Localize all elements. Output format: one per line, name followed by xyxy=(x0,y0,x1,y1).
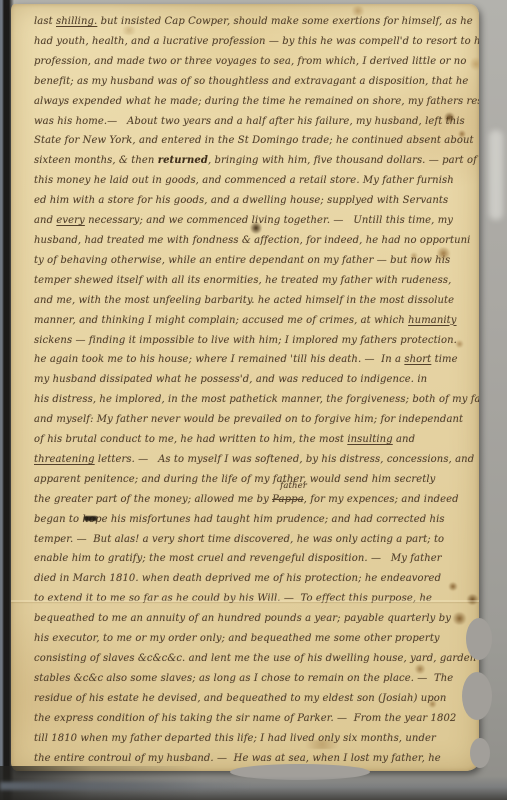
manuscript-line: was his home.— About two years and a hal… xyxy=(34,112,473,132)
torn-edge-notch xyxy=(462,672,492,720)
manuscript-page: last shilling. but insisted Cap Cowper, … xyxy=(11,4,479,771)
manuscript-line: profession, and made two or three voyage… xyxy=(34,52,473,72)
manuscript-line: temper shewed itself with all its enormi… xyxy=(34,271,473,291)
stain-spot xyxy=(458,130,466,138)
bottom-streak xyxy=(0,782,250,790)
manuscript-line: and me, with the most unfeeling barbarit… xyxy=(34,291,473,311)
stain-spot xyxy=(120,26,138,35)
stain-spot xyxy=(455,340,464,348)
manuscript-line: the greater part of the money; allowed m… xyxy=(34,490,473,510)
manuscript-line: threatening letters. — As to myself I wa… xyxy=(34,450,473,470)
manuscript-line: this money he laid out in goods, and com… xyxy=(34,171,473,191)
manuscript-line: the express condition of his taking the … xyxy=(34,709,473,729)
stain-spot xyxy=(470,56,479,72)
manuscript-line: sixteen months, & then returned, bringin… xyxy=(34,151,473,171)
manuscript-line: enable him to gratify; the most cruel an… xyxy=(34,549,473,569)
stain-spot xyxy=(350,6,366,16)
stain-spot xyxy=(250,222,262,234)
manuscript-line: began to hope his misfortunes had taught… xyxy=(34,510,473,530)
manuscript-line: husband, had treated me with fondness & … xyxy=(34,231,473,251)
torn-edge-notch xyxy=(466,618,492,660)
paper-crease xyxy=(11,600,479,602)
manuscript-line: always expended what he made; during the… xyxy=(34,92,473,112)
manuscript-line: temper. — But alas! a very short time di… xyxy=(34,530,473,550)
manuscript-line: stables &c&c also some slaves; as long a… xyxy=(34,669,473,689)
torn-edge-notch xyxy=(470,738,490,768)
manuscript-line: ed him with a store for his goods, and a… xyxy=(34,191,473,211)
manuscript-line: benefit; as my husband was of so thought… xyxy=(34,72,473,92)
manuscript-line: died in March 1810. when death deprived … xyxy=(34,569,473,589)
stain-spot xyxy=(428,700,437,708)
ink-dash xyxy=(84,516,97,521)
manuscript-line: of his brutal conduct to me, he had writ… xyxy=(34,430,473,450)
manuscript-line: his executor, to me or my order only; an… xyxy=(34,629,473,649)
manuscript-line: residue of his estate he devised, and be… xyxy=(34,689,473,709)
manuscript-line: and myself: My father never would be pre… xyxy=(34,410,473,430)
manuscript-line: manner, and thinking I might complain; a… xyxy=(34,311,473,331)
stain-smudge xyxy=(300,740,344,749)
manuscript-line: bequeathed to me an annuity of an hundre… xyxy=(34,609,473,629)
stain-spot xyxy=(436,247,451,260)
manuscript-line: State for New York, and entered in the S… xyxy=(34,131,473,151)
manuscript-line: ty of behaving otherwise, while an entir… xyxy=(34,251,473,271)
manuscript-line: my husband dissipated what he possess'd,… xyxy=(34,370,473,390)
manuscript-line: apparent penitence; and during the life … xyxy=(34,470,473,490)
manuscript-text: last shilling. but insisted Cap Cowper, … xyxy=(11,4,479,771)
manuscript-line: consisting of slaves &c&c&c. and lent me… xyxy=(34,649,473,669)
stain-spot xyxy=(452,612,467,625)
manuscript-line: had youth, health, and a lucrative profe… xyxy=(34,32,473,52)
stain-spot xyxy=(444,112,455,123)
stain-spot xyxy=(448,582,458,591)
stain-spot xyxy=(414,664,426,674)
manuscript-line: till 1810 when my father departed this l… xyxy=(34,729,473,749)
mat-highlight xyxy=(489,130,503,220)
manuscript-line: sickens — finding it impossible to live … xyxy=(34,331,473,351)
manuscript-line: he again took me to his house; where I r… xyxy=(34,350,473,370)
manuscript-line: his distress, he implored, in the most p… xyxy=(34,390,473,410)
stain-spot xyxy=(410,252,418,260)
manuscript-line: last shilling. but insisted Cap Cowper, … xyxy=(34,12,473,32)
